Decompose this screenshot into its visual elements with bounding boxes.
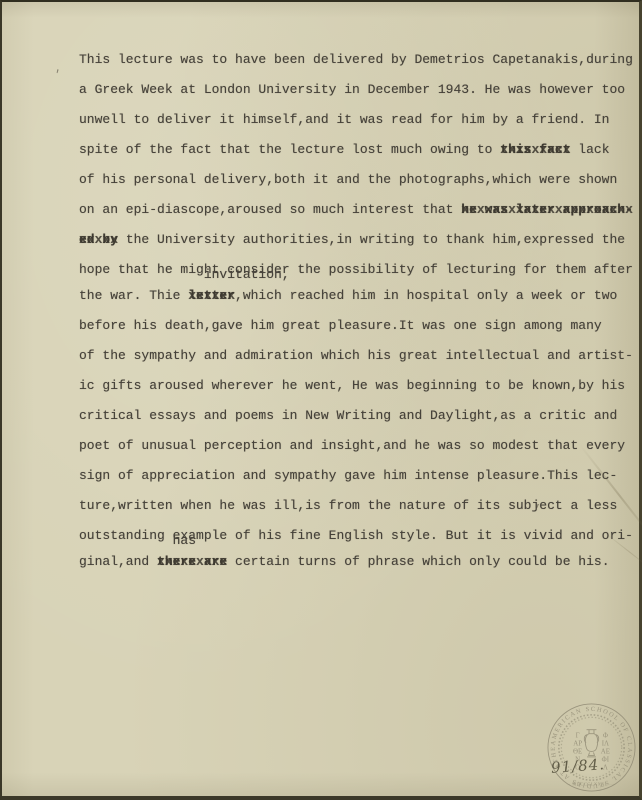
line-3: unwell to deliver it himself,and it was … (79, 105, 642, 135)
scanned-page: This lecture was to have been delivered … (0, 0, 642, 800)
line-1: This lecture was to have been delivered … (79, 45, 642, 75)
line-13: critical essays and poems in New Writing… (79, 401, 642, 431)
struck-out-text: ed byxxxxx (79, 225, 118, 255)
greek-letter: Γ (576, 733, 580, 740)
struck-out-text: this factxxxxxxxxx (500, 135, 570, 165)
line-2: a Greek Week at London University in Dec… (79, 75, 642, 105)
typed-segment: a Greek Week at London University in Dec… (79, 82, 625, 97)
typed-segment: ic gifts aroused wherever he went, He wa… (79, 378, 625, 393)
struck-out-text: he was later approach-xxxxxxxxxxxxxxxxxx… (461, 195, 633, 225)
line-9: the war. Thie letterxxxxxx,which reached… (79, 281, 642, 311)
typed-segment: the University authorities,in writing to… (118, 232, 625, 247)
typed-text: This lecture was to have been delivered … (79, 45, 642, 577)
greek-letter: Φ (603, 733, 608, 740)
line-5: of his personal delivery,both it and the… (79, 165, 642, 195)
pencil-annotation: 91/84. (550, 755, 605, 777)
overstrike-x: xxxxxxxxx (157, 547, 227, 577)
amphora-body (585, 734, 597, 752)
typed-segment: ginal,and (79, 554, 157, 569)
line-12: ic gifts aroused wherever he went, He wa… (79, 371, 642, 401)
typed-segment: critical essays and poems in New Writing… (79, 408, 617, 423)
typed-segment: spite of the fact that the lecture lost … (79, 142, 500, 157)
greek-letter: ΑΡ (573, 741, 582, 748)
line-15: sign of appreciation and sympathy gave h… (79, 461, 642, 491)
line-18: ginal,and there arexxxxxxxxx certain tur… (79, 547, 642, 577)
line-14: poet of unusual perception and insight,a… (79, 431, 642, 461)
line-16: ture,written when he was ill,is from the… (79, 491, 642, 521)
line-6: on an epi-diascope,aroused so much inter… (79, 195, 642, 225)
stray-mark: , (535, 496, 542, 510)
stamp-seal-icon: AMERICAN SCHOOL OF CLASSICAL STUDIES AT … (545, 701, 638, 794)
typed-segment: lack (571, 142, 610, 157)
typed-segment: poet of unusual perception and insight,a… (79, 438, 625, 453)
typed-segment: the war. Thie (79, 288, 188, 303)
overstrike-x: xxxxxxxxxxxxxxxxxxxxxx (461, 195, 633, 225)
stamp-roman-year: · MDCCCLXXXI ··· (569, 782, 614, 787)
typed-segment: This lecture was to have been delivered … (79, 52, 633, 67)
line-10: before his death,gave him great pleasure… (79, 311, 642, 341)
typed-segment: of the sympathy and admiration which his… (79, 348, 633, 363)
line-4: spite of the fact that the lecture lost … (79, 135, 642, 165)
typed-segment: invitation, (79, 267, 290, 282)
amphora-neck (589, 730, 594, 734)
typed-segment: has (79, 533, 196, 548)
line-11: of the sympathy and admiration which his… (79, 341, 642, 371)
typed-segment: unwell to deliver it himself,and it was … (79, 112, 610, 127)
struck-out-text: there arexxxxxxxxx (157, 547, 227, 577)
typed-segment: on an epi-diascope,aroused so much inter… (79, 202, 461, 217)
typed-segment: ,which reached him in hospital only a we… (235, 288, 617, 303)
institution-stamp: AMERICAN SCHOOL OF CLASSICAL STUDIES AT … (545, 701, 638, 794)
amphora-icon (584, 730, 598, 757)
struck-out-text: letterxxxxxx (188, 281, 235, 311)
typed-segment: sign of appreciation and sympathy gave h… (79, 468, 617, 483)
paper-sheet: This lecture was to have been delivered … (0, 0, 642, 800)
typed-segment: certain turns of phrase which only could… (227, 554, 609, 569)
greek-letter: ΘΕ (573, 748, 582, 755)
typed-segment: of his personal delivery,both it and the… (79, 172, 617, 187)
line-7: ed byxxxxx the University authorities,in… (79, 225, 642, 255)
typed-segment: before his death,gave him great pleasure… (79, 318, 602, 333)
stray-mark: ' (51, 67, 61, 82)
overstrike-x: xxxxx (79, 225, 118, 255)
overstrike-x: xxxxxx (188, 281, 235, 311)
overstrike-x: xxxxxxxxx (500, 135, 570, 165)
greek-letter: ΙΛ (602, 741, 609, 748)
